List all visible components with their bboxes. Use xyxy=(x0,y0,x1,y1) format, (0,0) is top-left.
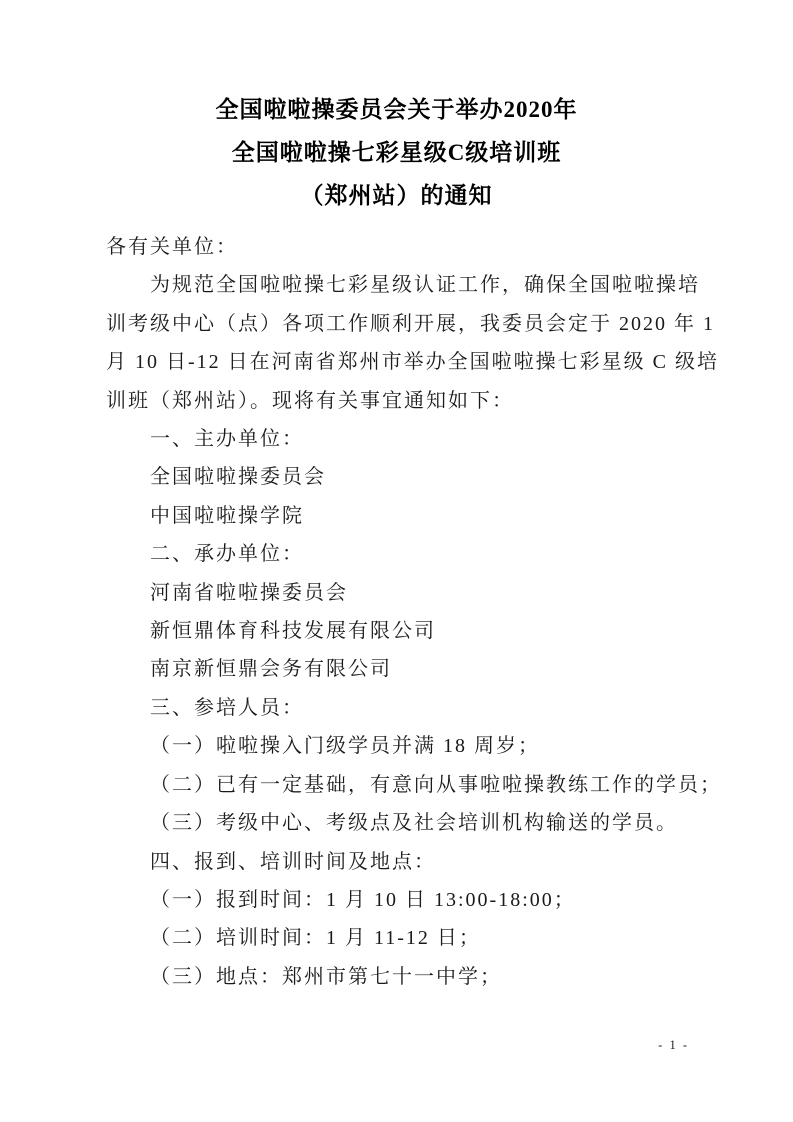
section-4-heading: 四、报到、培训时间及地点： xyxy=(106,843,706,881)
title-line-3: （郑州站）的通知 xyxy=(0,174,793,217)
body-line: （三）考级中心、考级点及社会培训机构输送的学员。 xyxy=(106,804,706,842)
body-line: 中国啦啦操学院 xyxy=(106,497,706,535)
body-line: 全国啦啦操委员会 xyxy=(106,458,706,496)
section-1-heading: 一、主办单位： xyxy=(106,420,706,458)
body-line: 为规范全国啦啦操七彩星级认证工作，确保全国啦啦操培 xyxy=(106,266,706,304)
body-line: （一）啦啦操入门级学员并满 18 周岁； xyxy=(106,727,706,765)
body-line: 训考级中心（点）各项工作顺利开展，我委员会定于 2020 年 1 xyxy=(106,305,706,343)
body-line: 月 10 日-12 日在河南省郑州市举办全国啦啦操七彩星级 C 级培 xyxy=(106,343,706,381)
section-2-heading: 二、承办单位： xyxy=(106,535,706,573)
notice-body: 各有关单位： 为规范全国啦啦操七彩星级认证工作，确保全国啦啦操培 训考级中心（点… xyxy=(106,228,706,996)
salutation-line: 各有关单位： xyxy=(106,228,706,266)
title-line-1: 全国啦啦操委员会关于举办2020年 xyxy=(0,88,793,131)
page-number: - 1 - xyxy=(658,1038,689,1053)
body-line: 南京新恒鼎会务有限公司 xyxy=(106,650,706,688)
body-line: （一）报到时间：1 月 10 日 13:00-18:00； xyxy=(106,881,706,919)
body-line: 河南省啦啦操委员会 xyxy=(106,574,706,612)
body-line: 新恒鼎体育科技发展有限公司 xyxy=(106,612,706,650)
notice-title: 全国啦啦操委员会关于举办2020年 全国啦啦操七彩星级C级培训班 （郑州站）的通… xyxy=(0,88,793,217)
body-line: （二）培训时间：1 月 11-12 日； xyxy=(106,919,706,957)
document-page: 全国啦啦操委员会关于举办2020年 全国啦啦操七彩星级C级培训班 （郑州站）的通… xyxy=(0,0,793,1122)
section-3-heading: 三、参培人员： xyxy=(106,689,706,727)
title-line-2: 全国啦啦操七彩星级C级培训班 xyxy=(0,131,793,174)
body-line: （二）已有一定基础，有意向从事啦啦操教练工作的学员； xyxy=(106,766,706,804)
body-line: 训班（郑州站）。现将有关事宜通知如下： xyxy=(106,382,706,420)
body-line: （三）地点：郑州市第七十一中学； xyxy=(106,958,706,996)
